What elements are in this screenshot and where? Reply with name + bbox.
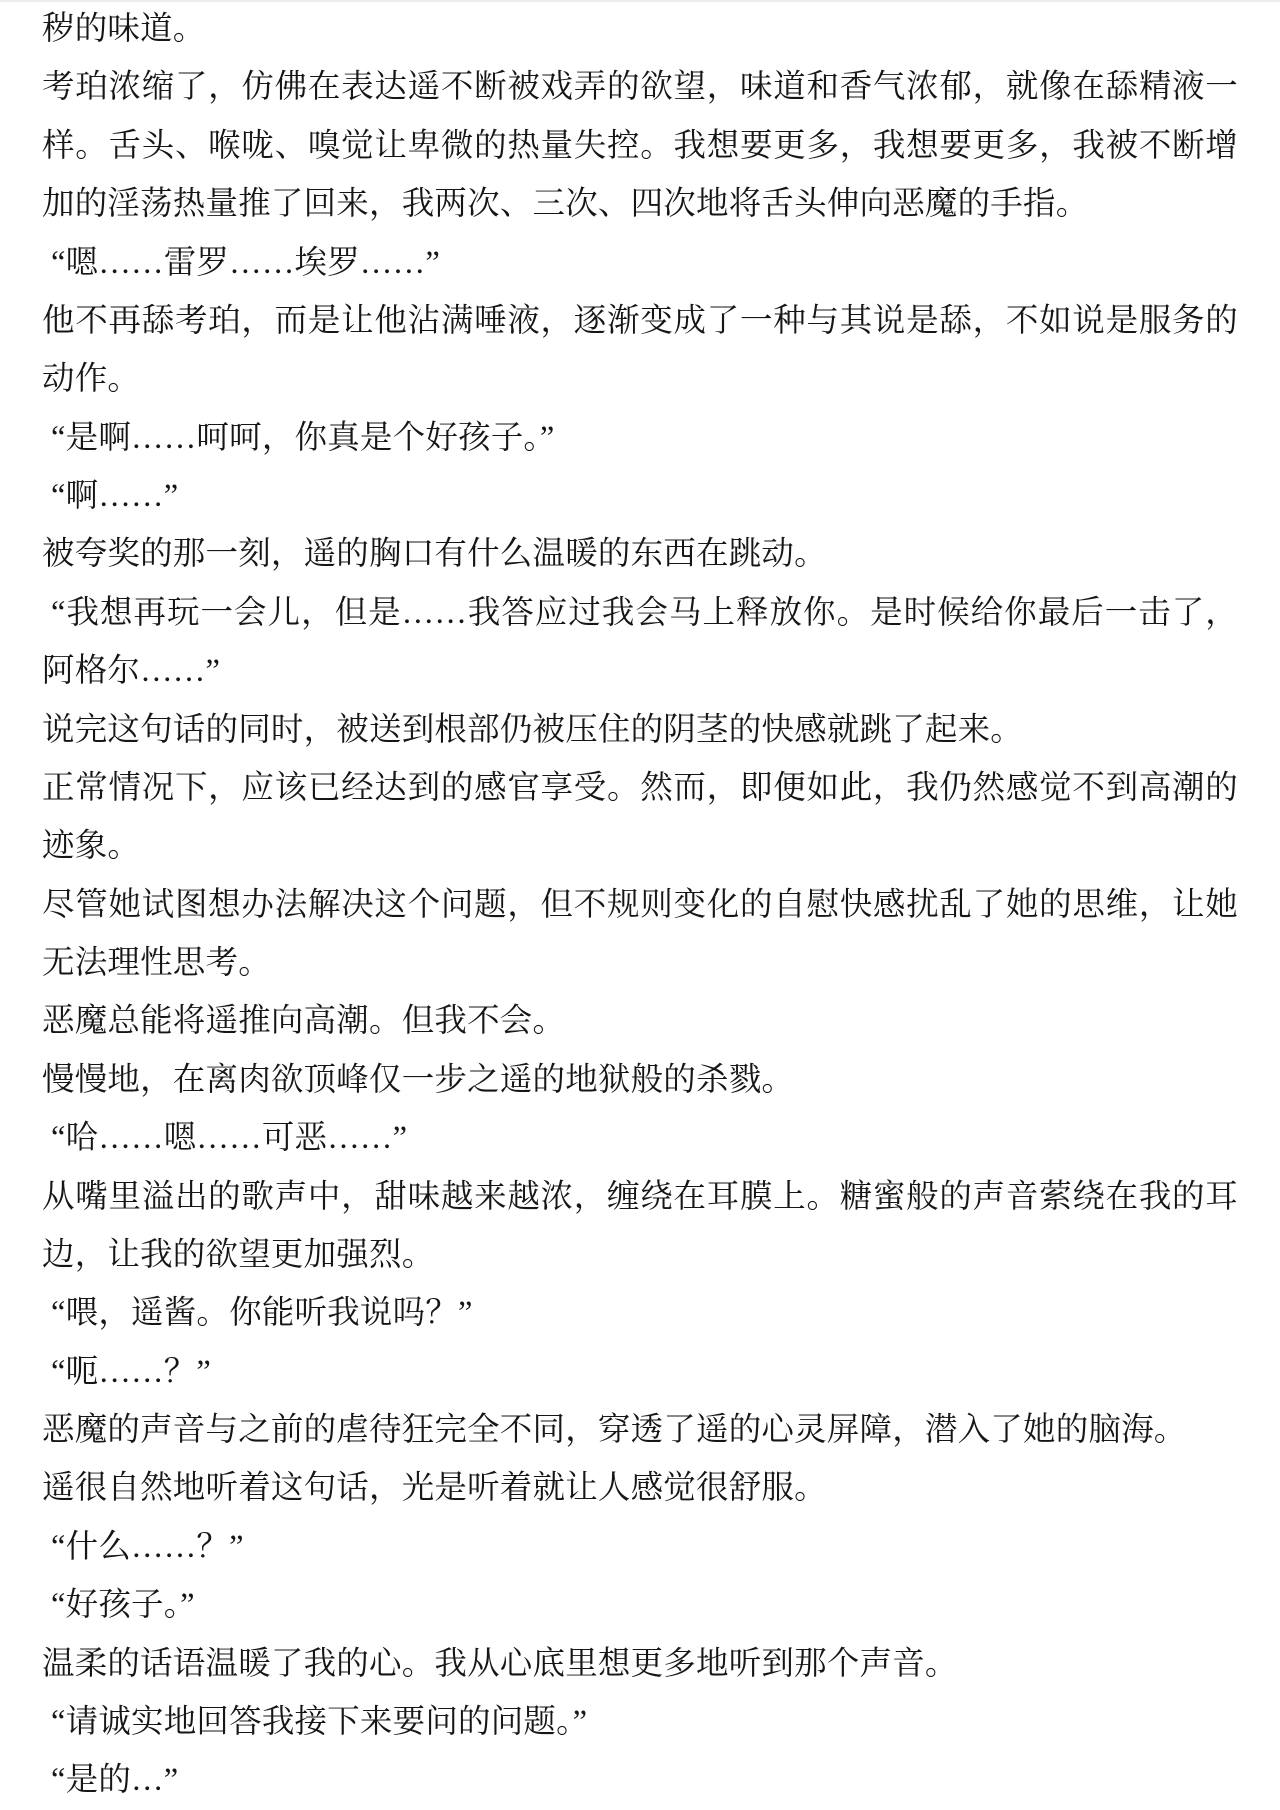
- text-line: 无法理性思考。: [42, 934, 1238, 992]
- text-line: “是的…”: [42, 1751, 1238, 1809]
- text-line: 遥很自然地听着这句话，光是听着就让人感觉很舒服。: [42, 1459, 1238, 1517]
- text-line: 慢慢地，在离肉欲顶峰仅一步之遥的地狱般的杀戮。: [42, 1051, 1238, 1109]
- text-line: 样。舌头、喉咙、嗅觉让卑微的热量失控。我想要更多，我想要更多，我被不断增: [42, 117, 1238, 175]
- text-line: 恶魔的声音与之前的虐待狂完全不同，穿透了遥的心灵屏障，潜入了她的脑海。: [42, 1401, 1238, 1459]
- text-line: “嗯……雷罗……埃罗……”: [42, 234, 1238, 292]
- text-line: “好孩子。”: [42, 1576, 1238, 1634]
- text-line: “我想再玩一会儿，但是……我答应过我会马上释放你。是时候给你最后一击了，: [42, 584, 1238, 642]
- text-line: “喂，遥酱。你能听我说吗？”: [42, 1284, 1238, 1342]
- text-line: “请诚实地回答我接下来要问的问题。”: [42, 1693, 1238, 1751]
- text-line: 正常情况下，应该已经达到的感官享受。然而，即便如此，我仍然感觉不到高潮的: [42, 759, 1238, 817]
- text-line: 加的淫荡热量推了回来，我两次、三次、四次地将舌头伸向恶魔的手指。: [42, 175, 1238, 233]
- text-line: 考珀浓缩了，仿佛在表达遥不断被戏弄的欲望，味道和香气浓郁，就像在舔精液一: [42, 58, 1238, 116]
- text-line: 迹象。: [42, 817, 1238, 875]
- text-line: “哈……嗯……可恶……”: [42, 1109, 1238, 1167]
- text-line: 秽的味道。: [42, 0, 1238, 58]
- document-page: 秽的味道。考珀浓缩了，仿佛在表达遥不断被戏弄的欲望，味道和香气浓郁，就像在舔精液…: [0, 0, 1280, 1810]
- text-line: 阿格尔……”: [42, 642, 1238, 700]
- page-text-container: 秽的味道。考珀浓缩了，仿佛在表达遥不断被戏弄的欲望，味道和香气浓郁，就像在舔精液…: [42, 0, 1238, 1810]
- text-line: “是啊……呵呵，你真是个好孩子。”: [42, 409, 1238, 467]
- text-line: “呃……？”: [42, 1343, 1238, 1401]
- text-line: 温柔的话语温暖了我的心。我从心底里想更多地听到那个声音。: [42, 1635, 1238, 1693]
- text-line: “什么……？”: [42, 1518, 1238, 1576]
- text-line: 动作。: [42, 350, 1238, 408]
- text-line: “啊……”: [42, 467, 1238, 525]
- text-line: 被夸奖的那一刻，遥的胸口有什么温暖的东西在跳动。: [42, 525, 1238, 583]
- text-line: 从嘴里溢出的歌声中，甜味越来越浓，缠绕在耳膜上。糖蜜般的声音萦绕在我的耳: [42, 1168, 1238, 1226]
- text-line: 边，让我的欲望更加强烈。: [42, 1226, 1238, 1284]
- text-line: 恶魔总能将遥推向高潮。但我不会。: [42, 992, 1238, 1050]
- text-line: 尽管她试图想办法解决这个问题，但不规则变化的自慰快感扰乱了她的思维，让她: [42, 876, 1238, 934]
- text-line: 他不再舔考珀，而是让他沾满唾液，逐渐变成了一种与其说是舔，不如说是服务的: [42, 292, 1238, 350]
- text-line: 说完这句话的同时，被送到根部仍被压住的阴茎的快感就跳了起来。: [42, 701, 1238, 759]
